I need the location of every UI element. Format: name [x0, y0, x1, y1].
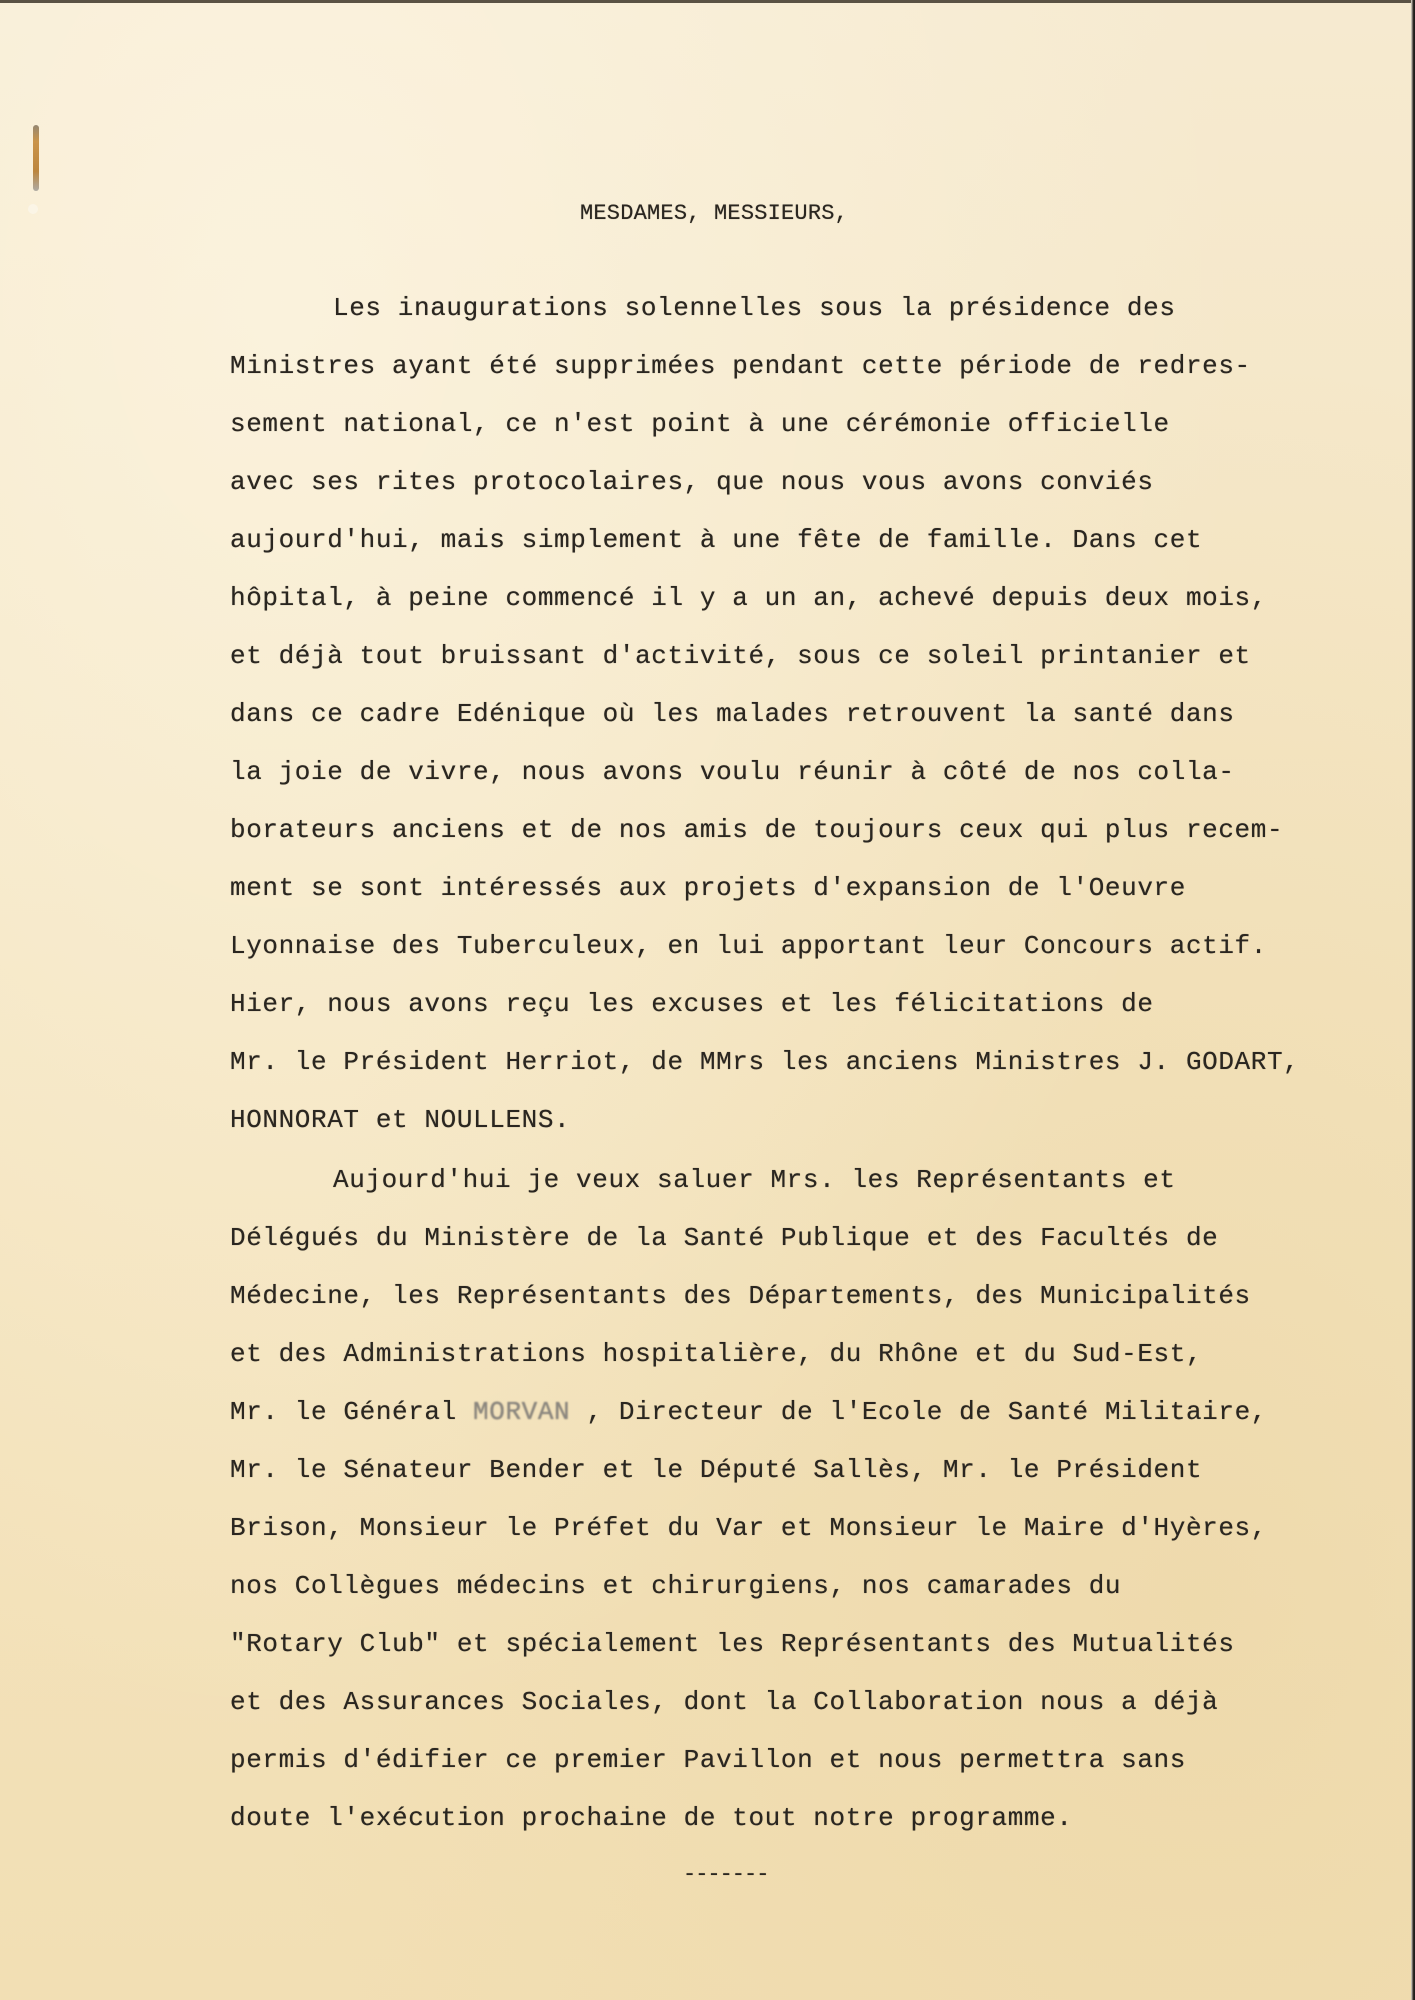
paragraph-2-line-10: et des Assurances Sociales, dont la Coll…: [230, 1687, 1218, 1717]
paragraph-2-line-6: Mr. le Sénateur Bender et le Député Sall…: [230, 1455, 1202, 1485]
paragraph-1-line-9: la joie de vivre, nous avons voulu réuni…: [230, 757, 1235, 787]
paragraph-2-line-7: Brison, Monsieur le Préfet du Var et Mon…: [230, 1513, 1267, 1543]
paragraph-2-line-5: Mr. le Général MORVAN , Directeur de l'E…: [230, 1397, 1267, 1427]
paragraph-2-line-8: nos Collègues médecins et chirurgiens, n…: [230, 1571, 1121, 1601]
paragraph-2-line-12: doute l'exécution prochaine de tout notr…: [230, 1803, 1073, 1833]
paragraph-1-line-8: dans ce cadre Edénique où les malades re…: [230, 699, 1235, 729]
paragraph-1-line-14: Mr. le Président Herriot, de MMrs les an…: [230, 1047, 1299, 1077]
smudged-name: MORVAN: [473, 1397, 570, 1427]
paragraph-1-line-6: hôpital, à peine commencé il y a un an, …: [230, 583, 1267, 613]
typewritten-page: MESDAMES, MESSIEURS, Les inaugurations s…: [0, 0, 1412, 2000]
paragraph-2-line-9: "Rotary Club" et spécialement les Représ…: [230, 1629, 1235, 1659]
paragraph-1-line-5: aujourd'hui, mais simplement à une fête …: [230, 525, 1202, 555]
paragraph-1-line-7: et déjà tout bruissant d'activité, sous …: [230, 641, 1251, 671]
paragraph-1-line-3: sement national, ce n'est point à une cé…: [230, 409, 1170, 439]
paragraph-1-line-13: Hier, nous avons reçu les excuses et les…: [230, 989, 1154, 1019]
paragraph-2-line-2: Délégués du Ministère de la Santé Publiq…: [230, 1223, 1218, 1253]
paragraph-1-line-15: HONNORAT et NOULLENS.: [230, 1105, 570, 1135]
paragraph-1-line-2: Ministres ayant été supprimées pendant c…: [230, 351, 1251, 381]
paragraph-1-line-10: borateurs anciens et de nos amis de touj…: [230, 815, 1283, 845]
closing-divider: -------: [683, 1862, 768, 1887]
paragraph-2-line-11: permis d'édifier ce premier Pavillon et …: [230, 1745, 1186, 1775]
staple-mark: [33, 125, 39, 191]
scan-edge: [1411, 0, 1415, 2000]
salutation-heading: MESDAMES, MESSIEURS,: [580, 201, 848, 226]
paragraph-1-line-1: Les inaugurations solennelles sous la pr…: [333, 293, 1176, 323]
line-text: , Directeur de l'Ecole de Santé Militair…: [570, 1397, 1267, 1427]
paragraph-2-line-4: et des Administrations hospitalière, du …: [230, 1339, 1202, 1369]
paragraph-2-line-3: Médecine, les Représentants des Départem…: [230, 1281, 1251, 1311]
paragraph-1-line-12: Lyonnaise des Tuberculeux, en lui apport…: [230, 931, 1267, 961]
paragraph-2-line-1: Aujourd'hui je veux saluer Mrs. les Repr…: [333, 1165, 1176, 1195]
punch-hole: [28, 204, 38, 214]
line-text: Mr. le Général: [230, 1397, 473, 1427]
paragraph-1-line-11: ment se sont intéressés aux projets d'ex…: [230, 873, 1186, 903]
paragraph-1-line-4: avec ses rites protocolaires, que nous v…: [230, 467, 1154, 497]
